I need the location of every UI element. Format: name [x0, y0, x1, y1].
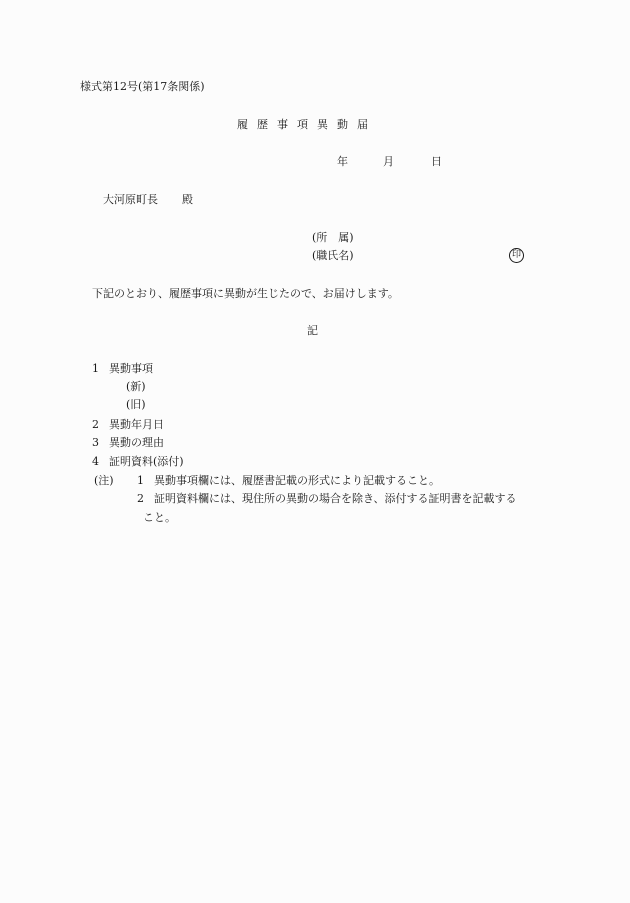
item-number: 4: [92, 456, 99, 467]
item-number: 1: [92, 363, 99, 374]
affiliation-label: (所 属): [312, 232, 354, 243]
seal-icon: 印: [509, 248, 524, 263]
note-item: 2 証明資料欄には、現住所の異動の場合を除き、添付する証明書を記載する: [0, 493, 630, 507]
list-item: 1 異動事項: [0, 363, 630, 377]
item-text: 証明資料(添付): [109, 456, 184, 467]
ki-heading: 記: [307, 325, 318, 336]
sub-item-new: (新): [126, 381, 146, 392]
note-continuation: こと。: [143, 512, 176, 523]
addressee-name: 大河原町長: [103, 193, 158, 206]
item-text: 異動事項: [109, 363, 153, 374]
item-text: 異動年月日: [109, 419, 164, 430]
form-number: 様式第12号(第17条関係): [80, 81, 205, 92]
date-year-label: 年: [337, 156, 348, 167]
note-text: 異動事項欄には、履歴書記載の形式により記載すること。: [154, 475, 440, 486]
note-item: 1 異動事項欄には、履歴書記載の形式により記載すること。: [0, 475, 630, 489]
sub-item-old: (旧): [126, 399, 146, 410]
note-number: 1: [137, 475, 144, 486]
document-title: 履歴事項異動届: [237, 119, 377, 130]
item-text: 異動の理由: [109, 437, 164, 448]
addressee: 大河原町長殿: [103, 194, 193, 205]
date-day-label: 日: [431, 156, 442, 167]
date-month-label: 月: [383, 156, 394, 167]
note-text: 証明資料欄には、現住所の異動の場合を除き、添付する証明書を記載する: [154, 493, 517, 504]
item-number: 3: [92, 437, 99, 448]
name-label: (職氏名): [312, 250, 354, 261]
addressee-honorific: 殿: [182, 193, 193, 206]
item-number: 2: [92, 419, 99, 430]
list-item: 2 異動年月日: [0, 419, 630, 433]
note-number: 2: [137, 493, 144, 504]
list-item: 3 異動の理由: [0, 437, 630, 451]
list-item: 4 証明資料(添付): [0, 456, 630, 470]
intro-text: 下記のとおり、履歴事項に異動が生じたので、お届けします。: [92, 288, 399, 299]
